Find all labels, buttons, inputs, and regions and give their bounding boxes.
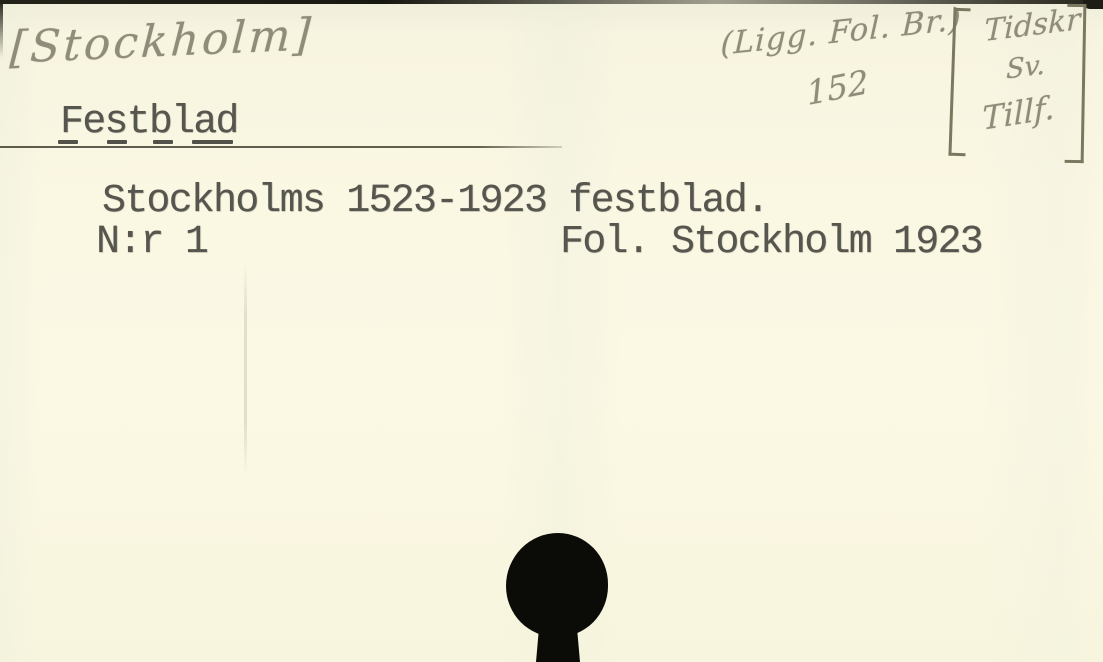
- punch-hole: [506, 533, 608, 637]
- heading-underline-dash: [153, 140, 173, 144]
- scan-left-edge: [0, 0, 3, 58]
- entry-number: N:r 1: [96, 220, 207, 265]
- heading-underline-dash: [58, 140, 78, 144]
- card-heading: Festblad: [60, 100, 238, 145]
- punch-hole-stem: [536, 622, 580, 662]
- heading-rule: [0, 146, 562, 148]
- handwritten-shelfmark-annotation: (Ligg. Fol. Br.): [720, 1, 962, 63]
- heading-underline-dash: [192, 140, 233, 144]
- handwritten-number-annotation: 152: [805, 62, 870, 113]
- catalog-card-scan: [Stockholm] (Ligg. Fol. Br.) 152 Tidskr …: [0, 0, 1103, 662]
- heading-underline-dash: [107, 140, 127, 144]
- handwritten-series-line-2: Sv.: [1006, 49, 1045, 85]
- card-crease-line: [244, 262, 247, 476]
- title-line: Stockholms 1523-1923 festblad.: [102, 179, 768, 224]
- handwritten-place-annotation: [Stockholm]: [9, 9, 315, 73]
- imprint-line: Fol. Stockholm 1923: [560, 220, 982, 265]
- handwritten-series-line-3: Tillf.: [982, 88, 1055, 138]
